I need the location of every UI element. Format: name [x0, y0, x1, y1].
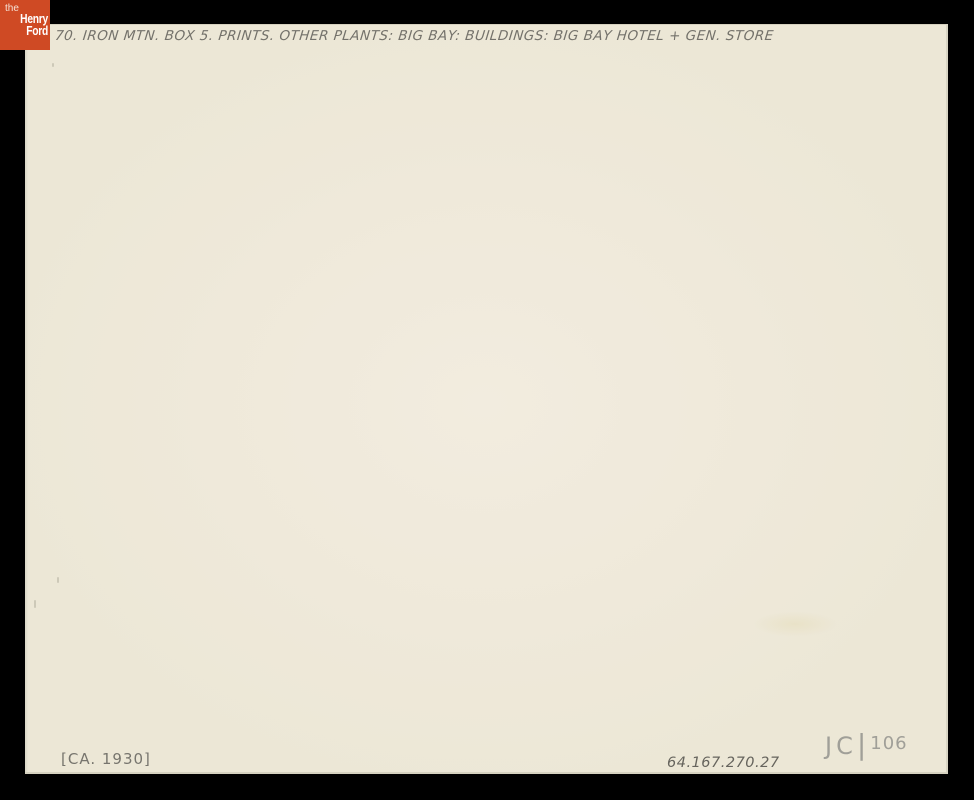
paper-edge-left: [25, 24, 28, 774]
paper-edge-bottom: [25, 772, 948, 774]
pencil-mark: [57, 577, 59, 583]
jc-code: JC|106: [825, 728, 908, 761]
jc-code-letters: JC: [825, 732, 857, 760]
jc-code-separator: |: [857, 728, 870, 761]
archival-caption: 70. IRON MTN. BOX 5. PRINTS. OTHER PLANT…: [54, 28, 774, 44]
henry-ford-logo[interactable]: the Henry Ford: [0, 0, 50, 50]
logo-text-ford: Ford: [9, 25, 48, 37]
paper-edge-right: [946, 24, 948, 774]
pencil-mark: [34, 600, 36, 608]
pencil-mark: [52, 63, 54, 67]
accession-number: 64.167.270.27: [667, 755, 780, 771]
image-viewer-stage: 70. IRON MTN. BOX 5. PRINTS. OTHER PLANT…: [0, 0, 974, 800]
photo-reverse-side: 70. IRON MTN. BOX 5. PRINTS. OTHER PLANT…: [25, 24, 948, 774]
date-note: [CA. 1930]: [61, 750, 151, 768]
jc-code-number: 106: [870, 733, 907, 754]
